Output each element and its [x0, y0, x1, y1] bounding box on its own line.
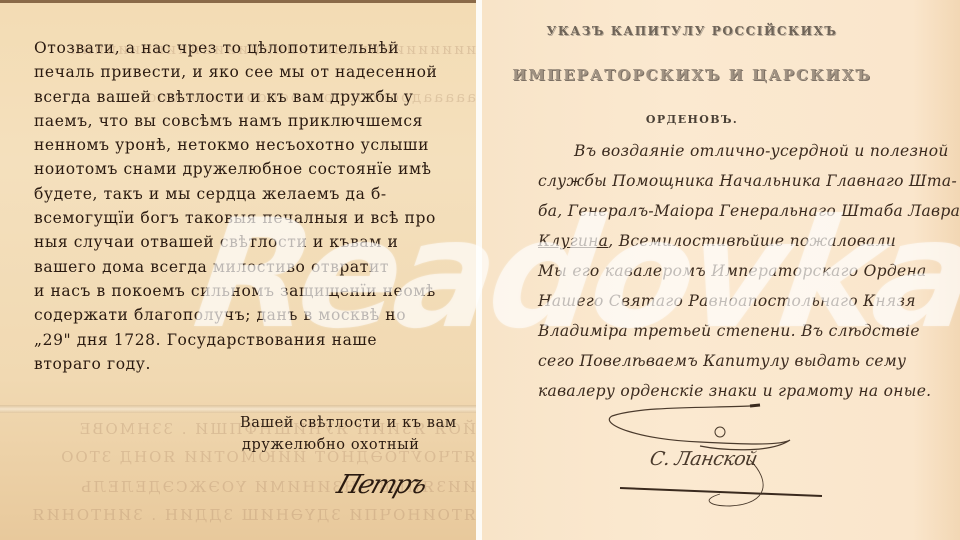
letter-line: паемъ, что вы совсѣмъ намъ приключшемся — [34, 109, 437, 133]
letter-line: всемогущїи богъ таковыя печалныя и всѣ п… — [34, 206, 437, 230]
closing-line: Вашей свѣтлости и къ вам — [240, 412, 457, 434]
letter-line: ныя случаи отвашей свѣтлости и къвам и — [34, 230, 437, 254]
letter-line: „29" дня 1728. Государствования наше — [34, 328, 437, 352]
letter-line: печаль привести, и яко сее мы от надесен… — [34, 60, 437, 84]
letter-line: вашего дома всегда милостиво отвратит — [34, 255, 437, 279]
decree-line: кавалеру орденскіе знаки и грамоту на он… — [538, 382, 931, 400]
letter-line: и насъ в покоемъ сильномъ защищенїи неом… — [34, 279, 437, 303]
decree-line: сего Повелѣваемъ Капитулу выдать сему — [538, 352, 906, 370]
bleed-through-text: ЯТОИНОЧПИ ЗДҮӘНИШ ЗДДИН . ЗИНТОНИЯ — [6, 506, 476, 524]
left-handwritten-letter: ииииииииииииииииииииииииииииииииии ааааа… — [0, 0, 476, 540]
letter-line: будете, такъ и мы сердца желаемъ да б- — [34, 182, 437, 206]
decree-line: Мы его кавалеромъ Императорскаго Ордена — [538, 262, 927, 280]
decree-signature: С. Ланской — [648, 448, 759, 470]
letter-line: содержати благополучъ; данъ в москвѣ но — [34, 303, 437, 327]
decree-heading-line1: УКАЗЪ КАПИТУЛУ РОССІЙСКИХЪ — [482, 24, 902, 38]
decree-line: ба, Генералъ-Маіора Генеральнаго Штаба Л… — [538, 202, 960, 220]
decree-heading-line2: ИМПЕРАТОРСКИХЪ И ЦАРСКИХЪ — [482, 66, 902, 84]
decree-line: Клугина, Всемилостивѣйше пожаловали — [538, 232, 896, 250]
decree-line: Владиміра третьей степени. Въ слѣдствіе — [538, 322, 920, 340]
letter-line: всегда вашей свѣтлости и къ вам дружбы у — [34, 85, 437, 109]
letter-line: втораго году. — [34, 352, 437, 376]
paper-edge — [0, 0, 476, 3]
decree-line: Въ воздаяніе отлично-усердной и полезной — [574, 142, 949, 160]
letter-body: Отозвати, а нас чрез то цѣлопотительнѣй … — [34, 36, 437, 376]
underlined-name: Клугина — [538, 232, 608, 250]
letter-closing: Вашей свѣтлости и къ вам дружелюбно охот… — [240, 412, 457, 456]
letter-line: ненномъ уронѣ, нетокмо несъохотно услыши — [34, 133, 437, 157]
closing-line: дружелюбно охотный — [242, 434, 457, 456]
decree-line: Нашего Святаго Равноапостольнаго Князя — [538, 292, 916, 310]
peter-signature: Петръ — [333, 470, 429, 500]
letter-line: Отозвати, а нас чрез то цѣлопотительнѣй — [34, 36, 437, 60]
letter-line: ноиотомъ снами дружелюбное состоянїе имѣ — [34, 157, 437, 181]
decree-heading-line3: ОРДЕНОВЪ. — [482, 113, 902, 126]
decree-line: службы Помощника Начальника Главнаго Шта… — [538, 172, 957, 190]
decree-line-rest: , Всемилостивѣйше пожаловали — [608, 232, 896, 250]
